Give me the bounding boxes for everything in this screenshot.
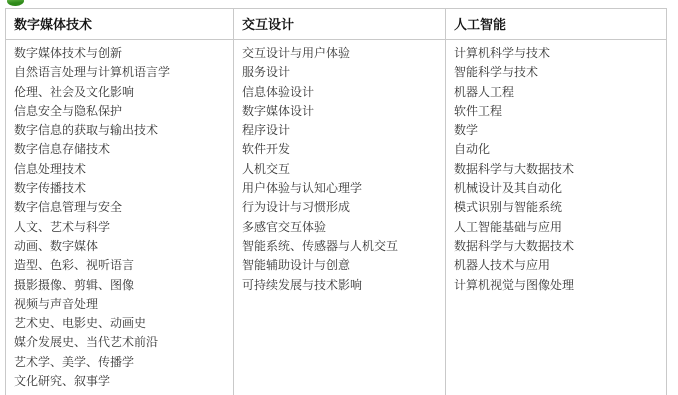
list-item: 服务设计	[242, 63, 437, 82]
list-item: 软件工程	[454, 102, 658, 121]
list-item: 自然语言处理与计算机语言学	[14, 63, 225, 82]
list-item: 交互设计与用户体验	[242, 44, 437, 63]
list-item: 伦理、社会及文化影响	[14, 83, 225, 102]
list-item: 视频与声音处理	[14, 295, 225, 314]
column-cell-digital-media-tech: 数字媒体技术与创新自然语言处理与计算机语言学伦理、社会及文化影响信息安全与隐私保…	[6, 40, 234, 395]
list-item: 人工智能基础与应用	[454, 218, 658, 237]
list-item: 自动化	[454, 140, 658, 159]
list-item: 数学	[454, 121, 658, 140]
list-item: 机器人技术与应用	[454, 256, 658, 275]
list-item: 程序设计	[242, 121, 437, 140]
list-item: 摄影摄像、剪辑、图像	[14, 276, 225, 295]
item-list-interaction-design: 交互设计与用户体验服务设计信息体验设计数字媒体设计程序设计软件开发人机交互用户体…	[242, 44, 437, 295]
list-item: 用户体验与认知心理学	[242, 179, 437, 198]
item-list-artificial-intelligence: 计算机科学与技术智能科学与技术机器人工程软件工程数学自动化数据科学与大数据技术机…	[454, 44, 658, 295]
list-item: 信息安全与隐私保护	[14, 102, 225, 121]
list-item: 造型、色彩、视听语言	[14, 256, 225, 275]
category-table: 数字媒体技术 交互设计 人工智能 数字媒体技术与创新自然语言处理与计算机语言学伦…	[5, 8, 667, 395]
list-item: 数字信息管理与安全	[14, 198, 225, 217]
list-item: 数字媒体技术与创新	[14, 44, 225, 63]
list-item: 媒介发展史、当代艺术前沿	[14, 333, 225, 352]
list-item: 动画、数字媒体	[14, 237, 225, 256]
column-header-artificial-intelligence: 人工智能	[446, 9, 667, 40]
item-list-digital-media-tech: 数字媒体技术与创新自然语言处理与计算机语言学伦理、社会及文化影响信息安全与隐私保…	[14, 44, 225, 391]
body-row: 数字媒体技术与创新自然语言处理与计算机语言学伦理、社会及文化影响信息安全与隐私保…	[6, 40, 667, 395]
list-item: 机器人工程	[454, 83, 658, 102]
list-item: 模式识别与智能系统	[454, 198, 658, 217]
list-item: 智能辅助设计与创意	[242, 256, 437, 275]
list-item: 行为设计与习惯形成	[242, 198, 437, 217]
list-item: 智能科学与技术	[454, 63, 658, 82]
list-item: 艺术学、美学、传播学	[14, 353, 225, 372]
list-item: 文化研究、叙事学	[14, 372, 225, 391]
list-item: 机械设计及其自动化	[454, 179, 658, 198]
leaf-icon	[7, 0, 25, 7]
column-header-interaction-design: 交互设计	[234, 9, 446, 40]
list-item: 数据科学与大数据技术	[454, 160, 658, 179]
list-item: 可持续发展与技术影响	[242, 276, 437, 295]
list-item: 多感官交互体验	[242, 218, 437, 237]
column-cell-interaction-design: 交互设计与用户体验服务设计信息体验设计数字媒体设计程序设计软件开发人机交互用户体…	[234, 40, 446, 395]
list-item: 数字信息的获取与输出技术	[14, 121, 225, 140]
list-item: 数字信息存储技术	[14, 140, 225, 159]
list-item: 人机交互	[242, 160, 437, 179]
list-item: 智能系统、传感器与人机交互	[242, 237, 437, 256]
list-item: 计算机视觉与图像处理	[454, 276, 658, 295]
header-row: 数字媒体技术 交互设计 人工智能	[6, 9, 667, 40]
page: 数字媒体技术 交互设计 人工智能 数字媒体技术与创新自然语言处理与计算机语言学伦…	[0, 0, 678, 395]
list-item: 人文、艺术与科学	[14, 218, 225, 237]
list-item: 软件开发	[242, 140, 437, 159]
column-header-digital-media-tech: 数字媒体技术	[6, 9, 234, 40]
list-item: 数据科学与大数据技术	[454, 237, 658, 256]
list-item: 数字媒体设计	[242, 102, 437, 121]
list-item: 信息体验设计	[242, 83, 437, 102]
list-item: 艺术史、电影史、动画史	[14, 314, 225, 333]
list-item: 计算机科学与技术	[454, 44, 658, 63]
list-item: 信息处理技术	[14, 160, 225, 179]
list-item: 数字传播技术	[14, 179, 225, 198]
column-cell-artificial-intelligence: 计算机科学与技术智能科学与技术机器人工程软件工程数学自动化数据科学与大数据技术机…	[446, 40, 667, 395]
